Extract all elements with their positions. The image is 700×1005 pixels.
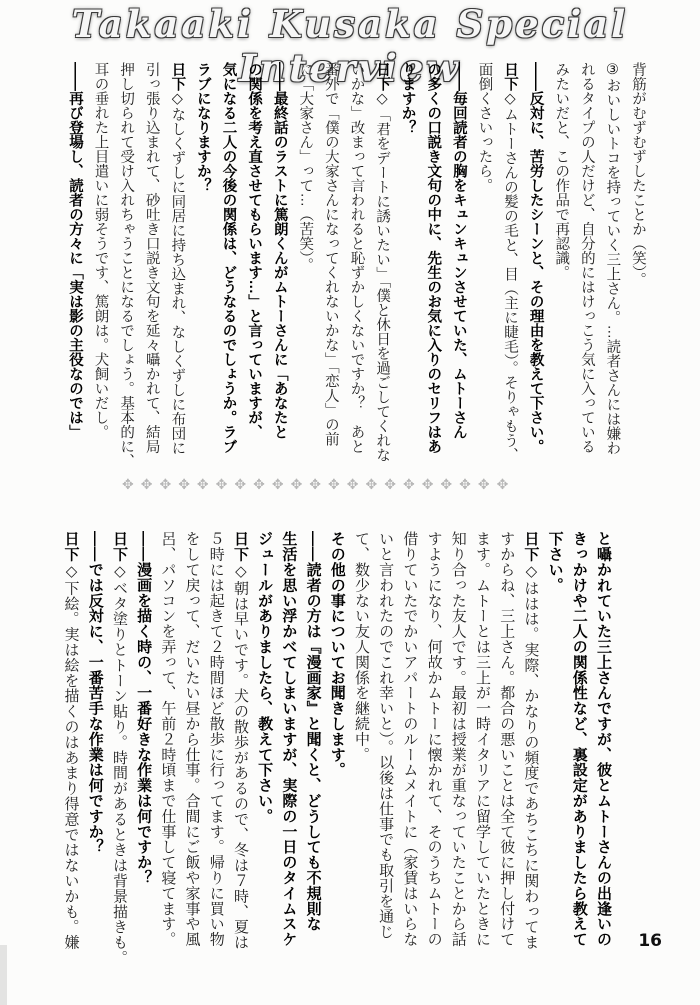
- interview-question-line: 生活を思い浮かべてしまいますが、実際の一日のタイムスケ: [276, 531, 300, 979]
- interview-question-line: の関係を考え直させてもらいます…」と言っていますが、: [241, 62, 267, 486]
- interview-question-line: ——毎回読者の胸をキュンキュンさせていた、ムトーさん: [445, 62, 471, 486]
- interview-question-line: ——最終話のラストに篤朗くんがムトーさんに「あなたと: [266, 62, 292, 486]
- interview-body-line: いと言われたのでこれ幸いと）。以後は仕事でも取引を通じ: [373, 531, 397, 979]
- interview-answer-line: 日下◇「君をデートに誘いたい」「僕と休日を過ごしてくれな: [368, 62, 394, 486]
- interview-question-line: 下さい。: [542, 531, 566, 979]
- interview-answer-line: 日下◇下絵。実は絵を描くのはあまり得意ではないかも。嫌: [58, 531, 82, 979]
- interview-body-line: ③おいしいトコを持っていく三上さん。…読者さんには嫌わ: [599, 62, 625, 486]
- interview-bottom-block: と囁かれていた三上さんですが、彼とムトーさんの出逢いのきっかけや二人の関係性など…: [58, 531, 615, 979]
- interview-body-line: 耳の垂れた上目遣いに弱そうです、篤朗は。犬飼いだし。: [87, 62, 113, 486]
- interview-answer-line: 日下◇ムトーさんの髪の毛と、目（主に睫毛）。そりゃもう、: [496, 62, 522, 486]
- scan-artifact: [0, 945, 7, 1005]
- interview-body-line: に「大家さん」って…（苦笑）。: [292, 62, 318, 486]
- interview-body-line: 番外で「僕の大家さんになってくれないかな」「恋人」の前: [317, 62, 343, 486]
- interview-question-line: と囁かれていた三上さんですが、彼とムトーさんの出逢いの: [591, 531, 615, 979]
- interview-body-line: て、数少ない友人関係を継続中。: [349, 531, 373, 979]
- interview-body-line: 借りていたでかいアパートのルームメイトに（家賃はいらな: [397, 531, 421, 979]
- interview-body-line: れるタイプの人だけど、自分的にはけっこう気に入っている: [573, 62, 599, 486]
- interview-question-line: ——では反対に、一番苦手な作業は何ですか？: [83, 531, 107, 979]
- interview-question-line: ジュールがありましたら、教えて下さい。: [252, 531, 276, 979]
- section-header-line: その他の事についてお聞きします。: [325, 531, 349, 979]
- interview-question-line: ——反対に、苦労したシーンと、その理由を教えて下さい。: [522, 62, 548, 486]
- interview-question-line: ——再び登場し、読者の方々に「実は影の主役なのでは」: [61, 62, 87, 486]
- interview-body-line: いかな」改まって言われると恥ずかしくないですか？ あと: [343, 62, 369, 486]
- interview-answer-line: 日下◇なしくずしに同居に持ち込まれ、なしくずしに布団に: [164, 62, 190, 486]
- interview-question-line: りますか？: [394, 62, 420, 486]
- interview-top-block: 背筋がむずむずしたことか（笑）。③おいしいトコを持っていく三上さん。…読者さんに…: [61, 62, 650, 486]
- interview-body-line: みたいだと、この作品で再認識。: [548, 62, 574, 486]
- interview-question-line: きっかけや二人の関係性など、裏設定がありましたら教えて: [567, 531, 591, 979]
- divider-ornament-row: ✥✥✥✥✥✥✥✥✥✥✥✥✥✥✥✥✥✥✥✥✥: [122, 477, 515, 493]
- interview-question-line: 気になる二人の今後の関係は、どうなるのでしょうか。ラブ: [215, 62, 241, 486]
- interview-body-line: すようになり、何故かムトーに懐かれて、そのうちムトーの: [421, 531, 445, 979]
- interview-answer-line: 日下◇朝は早いです。犬の散歩があるので、冬は７時、夏は: [228, 531, 252, 979]
- interview-body-line: 背筋がむずむずしたことか（笑）。: [624, 62, 650, 486]
- interview-body-line: 引っ張り込まれて、砂吐き口説き文句を延々囁かれて、結局: [138, 62, 164, 486]
- interview-body-line: ５時には起きて２時間ほど散歩に行ってます。帰りに買い物: [204, 531, 228, 979]
- interview-body-line: をして戻って、だいたい昼から仕事。合間にご飯や家事や風: [179, 531, 203, 979]
- interview-body-line: 面倒くさいったら。: [471, 62, 497, 486]
- scanned-page: Takaaki Kusaka Special Interview 背筋がむずむず…: [0, 0, 700, 1005]
- interview-question-line: ——漫画を描く時の、一番好きな作業は何ですか？: [131, 531, 155, 979]
- interview-answer-line: 日下◇ははは。実際、かなりの頻度であちこちに関わってま: [518, 531, 542, 979]
- interview-body-line: 呂、パソコンを弄って、午前２時頃まで仕事して寝てます。: [155, 531, 179, 979]
- interview-question-line: ラブになりますか？: [189, 62, 215, 486]
- interview-question-line: の多くの口説き文句の中に、先生のお気に入りのセリフはあ: [420, 62, 446, 486]
- interview-body-line: ます。ムトーとは三上が一時イタリアに留学していたときに: [470, 531, 494, 979]
- page-number: 16: [638, 931, 662, 951]
- interview-body-line: すからね、三上さん。都合の悪いことは全て彼に押し付けて: [494, 531, 518, 979]
- interview-body-line: 知り合った友人です。最初は授業が重なっていたことから話: [446, 531, 470, 979]
- interview-question-line: ——読者の方は『漫画家』と聞くと、どうしても不規則な: [300, 531, 324, 979]
- interview-body-line: 押し切られて受け入れちゃうことになるでしょう。基本的に、: [113, 62, 139, 486]
- interview-answer-line: 日下◇ベタ塗りとトーン貼り。時間があるときは背景描きも。: [107, 531, 131, 979]
